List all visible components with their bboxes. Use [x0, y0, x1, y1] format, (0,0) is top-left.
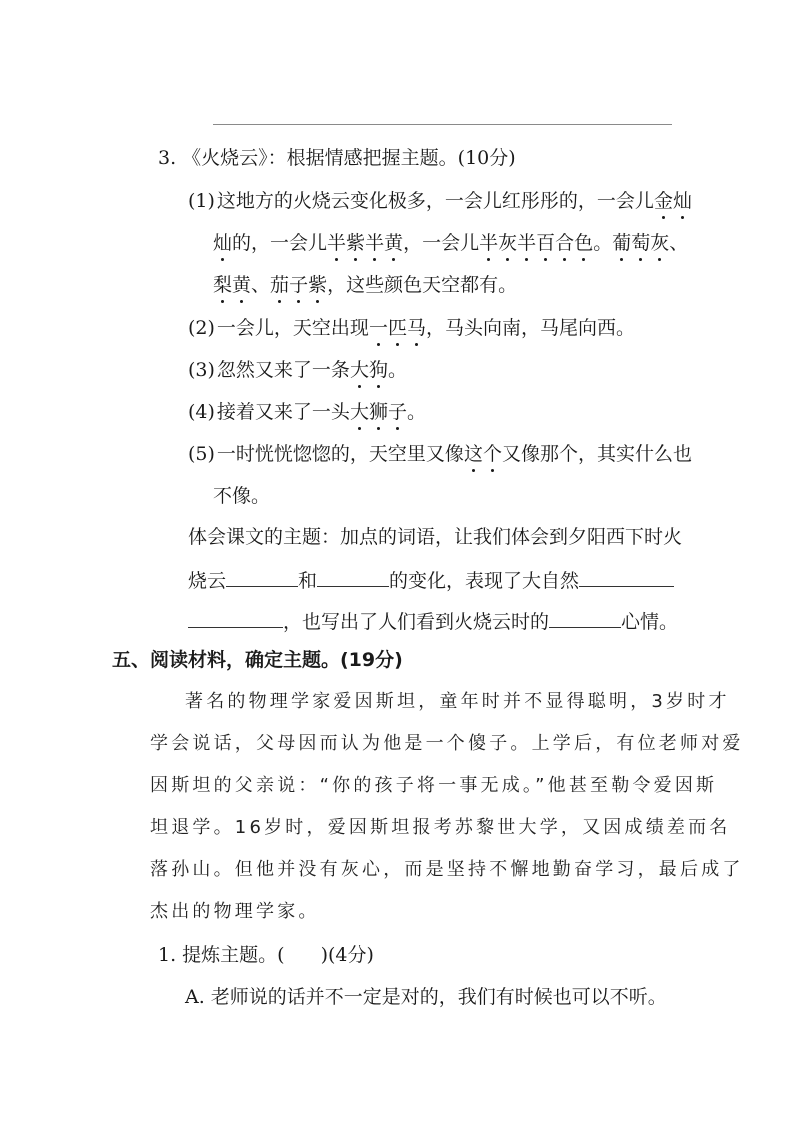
emphasized-char: 匹 — [388, 316, 407, 340]
sub-item-line: (5)一时恍恍惚惚的，天空里又像这个又像那个，其实什么也 — [188, 442, 692, 466]
text-segment: 、 — [669, 232, 688, 254]
answer-blank-1[interactable] — [226, 568, 298, 587]
text-segment: 的，一会儿 — [232, 232, 327, 254]
text-segment: 忽然又来了一条 — [217, 359, 350, 381]
emphasized-char: 灿 — [213, 231, 232, 255]
text-segment: 、 — [251, 274, 270, 296]
summary-text: 烧云 — [188, 570, 226, 592]
answer-blank-3[interactable] — [579, 568, 674, 587]
emphasized-char: 狗 — [369, 358, 388, 382]
question-3-header: 3. 《火烧云》：根据情感把握主题。(10分) — [158, 146, 516, 170]
emphasized-char: 个 — [483, 442, 502, 466]
emphasized-char: 百 — [536, 231, 555, 255]
section-5-title: 五、阅读材料，确定主题。(19分) — [112, 648, 403, 672]
sub-item-line: (1)这地方的火烧云变化极多，一会儿红彤彤的，一会儿金灿 — [188, 189, 692, 213]
summary-text: 的变化，表现了大自然 — [389, 570, 579, 592]
emphasized-char: 黄 — [232, 273, 251, 297]
top-divider-line — [213, 124, 672, 125]
answer-blank-3-cont[interactable] — [188, 609, 283, 628]
emphasized-char: 灿 — [673, 189, 692, 213]
text-segment: 。 — [388, 359, 407, 381]
text-segment: 。 — [407, 401, 426, 423]
sub-item-label: (3) — [188, 359, 215, 381]
summary-line-1: 体会课文的主题：加点的词语，让我们体会到夕阳西下时火 — [188, 525, 682, 549]
emphasized-char: 子 — [289, 273, 308, 297]
answer-blank-4[interactable] — [549, 609, 621, 628]
emphasized-char: 半 — [365, 231, 384, 255]
text-segment: 又像那个，其实什么也 — [502, 443, 692, 465]
emphasized-char: 狮 — [369, 400, 388, 424]
passage-line: 坦退学。16岁时，爱因斯坦报考苏黎世大学，又因成绩差而名 — [150, 816, 731, 840]
emphasized-char: 萄 — [631, 231, 650, 255]
text-segment: 这地方的火烧云变化极多，一会儿红彤彤的，一会儿 — [217, 190, 654, 212]
emphasized-char: 紫 — [308, 273, 327, 297]
emphasized-char: 灰 — [498, 231, 517, 255]
sub-item-label: (5) — [188, 443, 215, 465]
emphasized-char: 梨 — [213, 273, 232, 297]
text-segment: 一会儿，天空出现 — [217, 317, 369, 339]
sub-item-line: 梨黄、茄子紫，这些颜色天空都有。 — [213, 273, 517, 297]
sub-item-line: (2)一会儿，天空出现一匹马，马头向南，马尾向西。 — [188, 316, 635, 340]
sub-item-label: (4) — [188, 401, 215, 423]
emphasized-char: 色 — [574, 231, 593, 255]
text-segment: 接着又来了一头 — [217, 401, 350, 423]
text-segment: 一时恍恍惚惚的，天空里又像 — [217, 443, 464, 465]
emphasized-char: 合 — [555, 231, 574, 255]
sub-item-label: (2) — [188, 317, 215, 339]
sub-item-line: (4)接着又来了一头大狮子。 — [188, 400, 426, 424]
question-1-prefix: 1. 提炼主题。( — [158, 944, 285, 966]
text-segment: ，这些颜色天空都有。 — [327, 274, 517, 296]
question-1: 1. 提炼主题。()(4分) — [158, 943, 374, 967]
emphasized-char: 黄 — [384, 231, 403, 255]
summary-text: ，也写出了人们看到火烧云时的 — [283, 611, 549, 633]
emphasized-char: 茄 — [270, 273, 289, 297]
summary-line-3: ，也写出了人们看到火烧云时的心情。 — [188, 609, 678, 634]
text-segment: ，马头向南，马尾向西。 — [426, 317, 635, 339]
emphasized-char: 一 — [369, 316, 388, 340]
emphasized-char: 灰 — [650, 231, 669, 255]
sub-item-line: 不像。 — [213, 484, 270, 508]
emphasized-char: 葡 — [612, 231, 631, 255]
summary-line-2: 烧云和的变化，表现了大自然 — [188, 568, 674, 593]
emphasized-char: 紫 — [346, 231, 365, 255]
text-segment: 。 — [593, 232, 612, 254]
emphasized-char: 金 — [654, 189, 673, 213]
option-a: A. 老师说的话并不一定是对的，我们有时候也可以不听。 — [185, 985, 667, 1009]
text-segment: 不像。 — [213, 485, 270, 507]
question-1-suffix: )(4分) — [321, 944, 374, 966]
emphasized-char: 子 — [388, 400, 407, 424]
text-segment: ，一会儿 — [403, 232, 479, 254]
passage-line: 著名的物理学家爱因斯坦，童年时并不显得聪明，3岁时才 — [185, 690, 730, 714]
emphasized-char: 半 — [327, 231, 346, 255]
emphasized-char: 这 — [464, 442, 483, 466]
passage-line: 落孙山。但他并没有灰心，而是坚持不懈地勤奋学习，最后成了 — [150, 858, 744, 882]
sub-item-label: (1) — [188, 190, 215, 212]
summary-text: 和 — [298, 570, 317, 592]
emphasized-char: 马 — [407, 316, 426, 340]
passage-line: 杰出的物理学家。 — [150, 900, 320, 924]
passage-line: 学会说话，父母因而认为他是一个傻子。上学后，有位老师对爱 — [150, 732, 744, 756]
passage-line: 因斯坦的父亲说：“你的孩子将一事无成。”他甚至勒令爱因斯 — [150, 774, 717, 798]
sub-item-line: (3)忽然又来了一条大狗。 — [188, 358, 407, 382]
sub-item-line: 灿的，一会儿半紫半黄，一会儿半灰半百合色。葡萄灰、 — [213, 231, 688, 255]
emphasized-char: 半 — [479, 231, 498, 255]
answer-blank-2[interactable] — [317, 568, 389, 587]
emphasized-char: 大 — [350, 400, 369, 424]
emphasized-char: 半 — [517, 231, 536, 255]
emphasized-char: 大 — [350, 358, 369, 382]
summary-text: 心情。 — [621, 611, 678, 633]
